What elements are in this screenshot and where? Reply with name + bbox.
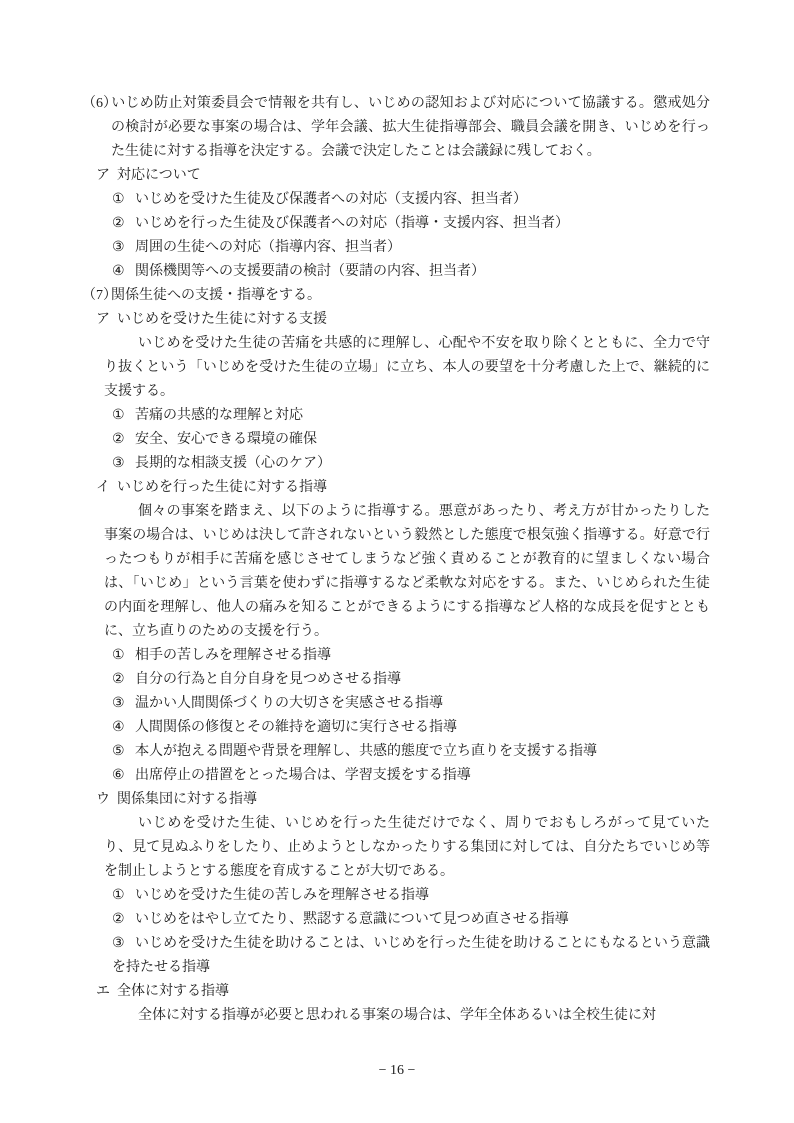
item-text: 関係生徒への支援・指導をする。: [111, 288, 321, 303]
paragraph: 個々の事案を踏まえ、以下のように指導する。悪意があったり、考え方が甘かったりした…: [104, 500, 710, 644]
document-page: （6）いじめ防止対策委員会で情報を共有し、いじめの認知および対応について協議する…: [0, 0, 794, 1123]
paragraph: いじめを受けた生徒の苦痛を共感的に理解し、心配や不安を取り除くとともに、全力で守…: [104, 332, 710, 404]
item-label: ⑤: [112, 740, 135, 764]
list-item: ②自分の行為と自分自身を見つめさせる指導: [112, 668, 710, 692]
item-label: ②: [112, 428, 135, 452]
item-text: 人間関係の修復とその維持を適切に実行させる指導: [135, 720, 457, 735]
item-label: ③: [112, 236, 135, 260]
item-label: （6）: [82, 92, 111, 116]
list-item: アいじめを受けた生徒に対する支援: [96, 308, 710, 332]
list-item: （6）いじめ防止対策委員会で情報を共有し、いじめの認知および対応について協議する…: [82, 92, 710, 164]
item-label: エ: [96, 980, 117, 1004]
item-label: ③: [112, 932, 135, 956]
item-label: ア: [96, 308, 117, 332]
list-item: ⑥出席停止の措置をとった場合は、学習支援をする指導: [112, 764, 710, 788]
document-body: （6）いじめ防止対策委員会で情報を共有し、いじめの認知および対応について協議する…: [82, 92, 710, 1028]
list-item: ②いじめをはやし立てたり、黙認する意識について見つめ直させる指導: [112, 908, 710, 932]
item-text: いじめを受けた生徒及び保護者への対応（支援内容、担当者）: [135, 192, 527, 207]
item-text: いじめをはやし立てたり、黙認する意識について見つめ直させる指導: [135, 912, 569, 927]
list-item: ①苦痛の共感的な理解と対応: [112, 404, 710, 428]
item-label: ①: [112, 188, 135, 212]
item-label: ⑥: [112, 764, 135, 788]
list-item: ②いじめを行った生徒及び保護者への対応（指導・支援内容、担当者）: [112, 212, 710, 236]
list-item: ウ関係集団に対する指導: [96, 788, 710, 812]
item-text: 安全、安心できる環境の確保: [135, 432, 317, 447]
item-text: 個々の事案を踏まえ、以下のように指導する。悪意があったり、考え方が甘かったりした…: [104, 504, 710, 639]
paragraph: 全体に対する指導が必要と思われる事案の場合は、学年全体あるいは全校生徒に対: [104, 1004, 710, 1028]
list-item: （7）関係生徒への支援・指導をする。: [82, 284, 710, 308]
item-text: 本人が抱える問題や背景を理解し、共感的態度で立ち直りを支援する指導: [135, 744, 597, 759]
item-label: ③: [112, 452, 135, 476]
item-text: いじめを行った生徒に対する指導: [117, 480, 327, 495]
list-item: ④人間関係の修復とその維持を適切に実行させる指導: [112, 716, 710, 740]
item-text: 出席停止の措置をとった場合は、学習支援をする指導: [135, 768, 471, 783]
list-item: ア対応について: [96, 164, 710, 188]
item-label: ①: [112, 404, 135, 428]
list-item: ①相手の苦しみを理解させる指導: [112, 644, 710, 668]
list-item: イいじめを行った生徒に対する指導: [96, 476, 710, 500]
item-text: 温かい人間関係づくりの大切さを実感させる指導: [135, 696, 443, 711]
paragraph: いじめを受けた生徒、いじめを行った生徒だけでなく、周りでおもしろがって見ていたり…: [104, 812, 710, 884]
item-label: ③: [112, 692, 135, 716]
list-item: ③温かい人間関係づくりの大切さを実感させる指導: [112, 692, 710, 716]
item-label: ア: [96, 164, 117, 188]
item-text: 全体に対する指導が必要と思われる事案の場合は、学年全体あるいは全校生徒に対: [138, 1008, 656, 1023]
item-label: ②: [112, 212, 135, 236]
item-text: 長期的な相談支援（心のケア）: [135, 456, 331, 471]
item-label: （7）: [82, 284, 111, 308]
list-item: ③長期的な相談支援（心のケア）: [112, 452, 710, 476]
item-label: ①: [112, 884, 135, 908]
item-text: いじめを受けた生徒、いじめを行った生徒だけでなく、周りでおもしろがって見ていたり…: [104, 816, 710, 879]
item-text: いじめを受けた生徒を助けることは、いじめを行った生徒を助けることにもなるという意…: [112, 936, 710, 975]
item-label: ④: [112, 716, 135, 740]
list-item: ①いじめを受けた生徒の苦しみを理解させる指導: [112, 884, 710, 908]
list-item: ④関係機関等への支援要請の検討（要請の内容、担当者）: [112, 260, 710, 284]
item-text: いじめを受けた生徒の苦しみを理解させる指導: [135, 888, 429, 903]
item-label: ②: [112, 908, 135, 932]
item-label: イ: [96, 476, 117, 500]
item-label: ウ: [96, 788, 117, 812]
list-item: ③周囲の生徒への対応（指導内容、担当者）: [112, 236, 710, 260]
item-label: ④: [112, 260, 135, 284]
list-item: ②安全、安心できる環境の確保: [112, 428, 710, 452]
item-text: 自分の行為と自分自身を見つめさせる指導: [135, 672, 401, 687]
list-item: エ全体に対する指導: [96, 980, 710, 1004]
item-text: 相手の苦しみを理解させる指導: [135, 648, 331, 663]
item-text: いじめを行った生徒及び保護者への対応（指導・支援内容、担当者）: [135, 216, 569, 231]
item-text: 対応について: [117, 168, 201, 183]
item-text: いじめを受けた生徒の苦痛を共感的に理解し、心配や不安を取り除くとともに、全力で守…: [104, 336, 710, 399]
item-label: ①: [112, 644, 135, 668]
item-text: 苦痛の共感的な理解と対応: [135, 408, 303, 423]
item-text: いじめ防止対策委員会で情報を共有し、いじめの認知および対応について協議する。懲戒…: [111, 96, 710, 159]
page-number: − 16 −: [0, 1061, 794, 1081]
list-item: ⑤本人が抱える問題や背景を理解し、共感的態度で立ち直りを支援する指導: [112, 740, 710, 764]
item-text: 関係集団に対する指導: [117, 792, 257, 807]
item-text: 全体に対する指導: [117, 984, 229, 999]
item-text: 関係機関等への支援要請の検討（要請の内容、担当者）: [135, 264, 485, 279]
item-text: いじめを受けた生徒に対する支援: [117, 312, 327, 327]
list-item: ③いじめを受けた生徒を助けることは、いじめを行った生徒を助けることにもなるという…: [112, 932, 710, 980]
item-label: ②: [112, 668, 135, 692]
item-text: 周囲の生徒への対応（指導内容、担当者）: [135, 240, 401, 255]
list-item: ①いじめを受けた生徒及び保護者への対応（支援内容、担当者）: [112, 188, 710, 212]
